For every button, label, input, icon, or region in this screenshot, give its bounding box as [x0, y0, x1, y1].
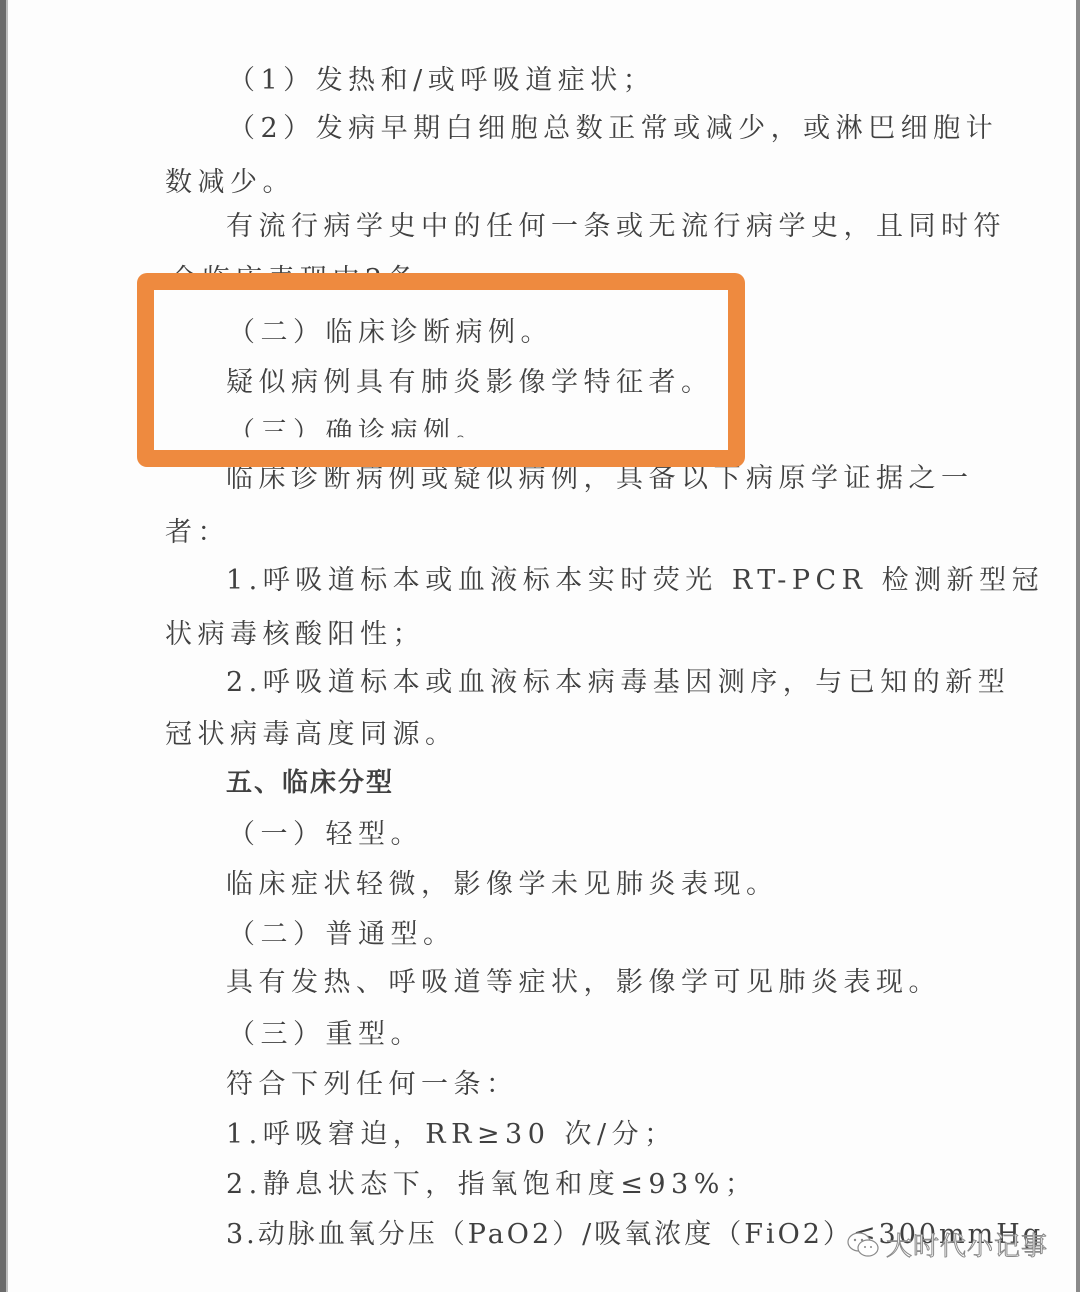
- page-edge-right: [1076, 0, 1080, 1292]
- subheading: （一）轻型。: [228, 812, 423, 851]
- text-line: 者：: [165, 510, 230, 549]
- text-line: 具有发热、呼吸道等症状，影像学可见肺炎表现。: [226, 960, 941, 999]
- text-line: 临床症状轻微，影像学未见肺炎表现。: [226, 862, 779, 901]
- section-heading: 五、临床分型: [226, 762, 394, 799]
- text-line: 符合下列任何一条：: [226, 1062, 519, 1101]
- text-line: 有流行病学史中的任何一条或无流行病学史，且同时符: [226, 204, 1006, 243]
- page-edge-left-shadow: [6, 0, 8, 1292]
- list-item: 1.呼吸窘迫，RR≥30 次/分；: [226, 1112, 677, 1151]
- highlight-box: [137, 273, 745, 467]
- text-line: 数减少。: [165, 160, 295, 199]
- text-line: （1）发热和/或呼吸道症状；: [228, 58, 655, 97]
- list-item: 2.静息状态下，指氧饱和度≤93%；: [226, 1162, 757, 1201]
- watermark: 大时代小记事: [846, 1226, 1048, 1263]
- text-line: 1.呼吸道标本或血液标本实时荧光 RT-PCR 检测新型冠: [226, 558, 1044, 597]
- watermark-text: 大时代小记事: [886, 1226, 1048, 1263]
- text-line: （2）发病早期白细胞总数正常或减少，或淋巴细胞计: [228, 106, 998, 145]
- text-line: 冠状病毒高度同源。: [165, 712, 458, 751]
- text-line: 状病毒核酸阳性；: [165, 612, 425, 651]
- text-line: 2.呼吸道标本或血液标本病毒基因测序，与已知的新型: [226, 660, 1010, 699]
- subheading: （二）普通型。: [228, 912, 456, 951]
- wechat-icon: [846, 1230, 880, 1260]
- subheading: （三）重型。: [228, 1012, 423, 1051]
